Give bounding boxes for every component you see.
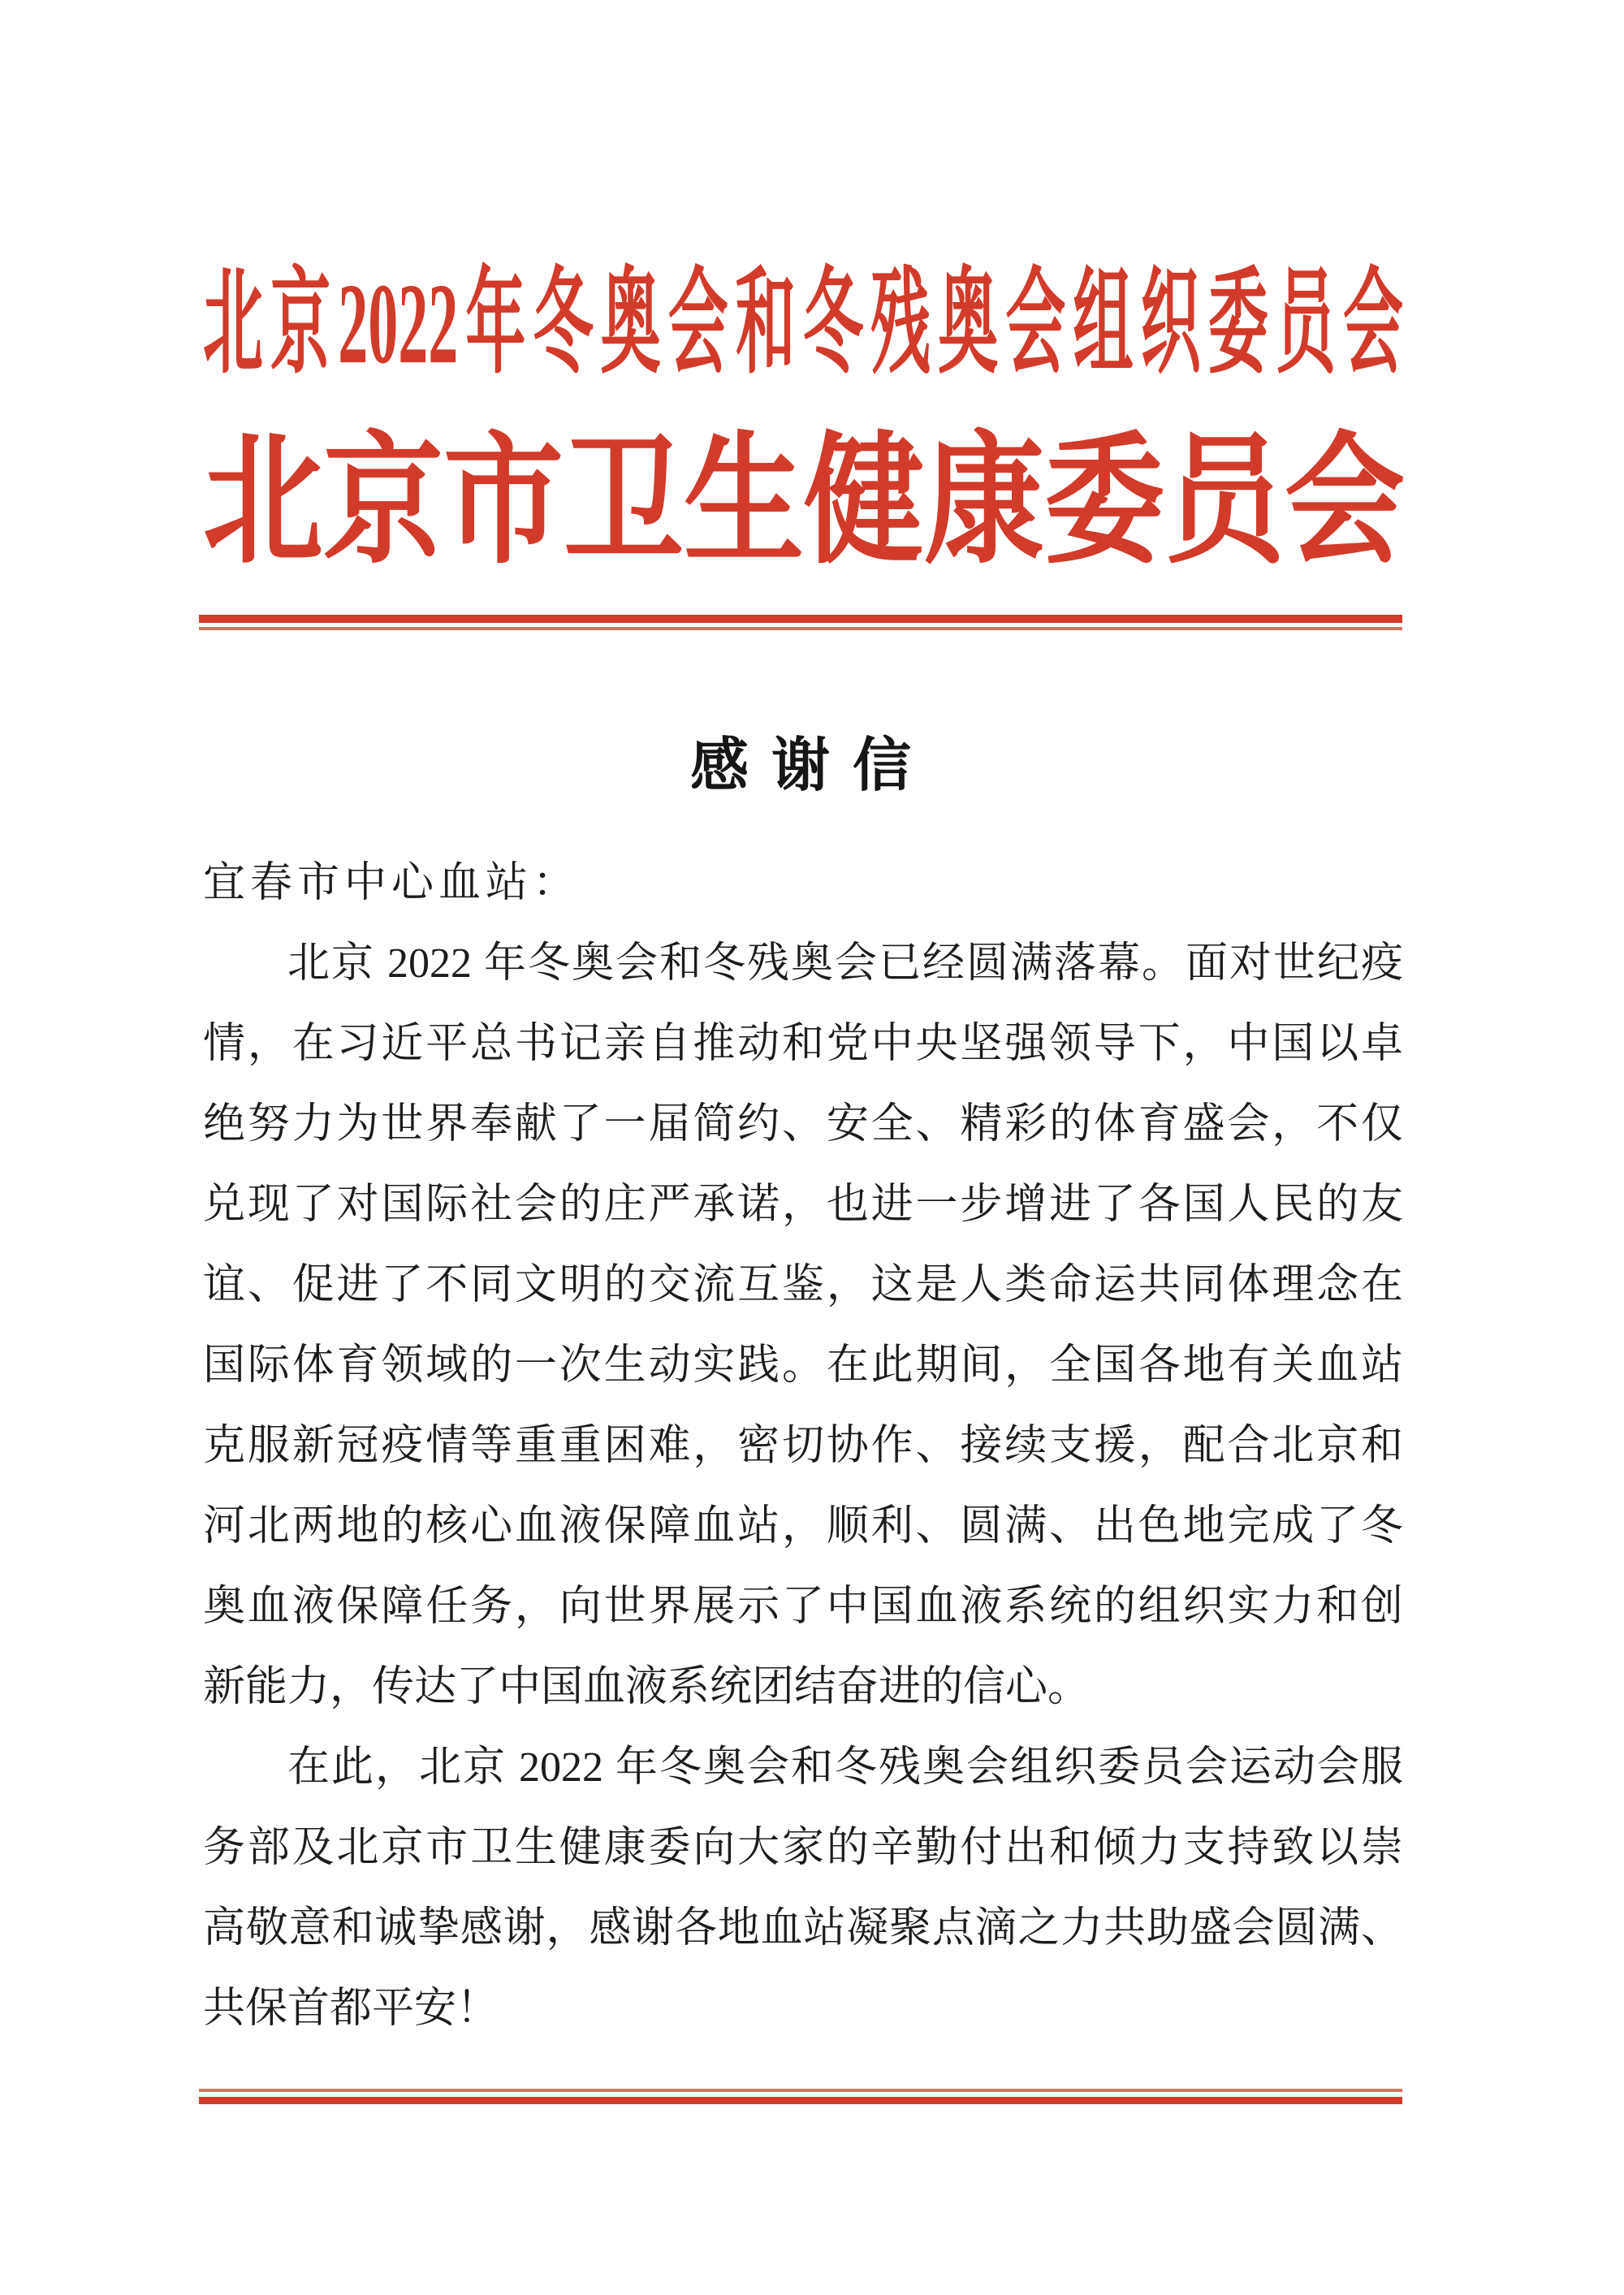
letterhead-char: 冬 bbox=[533, 267, 594, 382]
letterhead-char: 北 bbox=[203, 432, 323, 574]
letterhead-char: 康 bbox=[924, 432, 1044, 574]
letterhead-char: 员 bbox=[1164, 432, 1285, 574]
letterhead-char: 残 bbox=[870, 267, 931, 382]
letterhead-char: 奥 bbox=[601, 267, 661, 382]
body-line: 绝努力为世界奉献了一届简约、安全、精彩的体育盛会，不仅 bbox=[203, 1084, 1403, 1165]
letterhead-char: 生 bbox=[684, 432, 804, 574]
body-line: 情，在习近平总书记亲自推动和党中央坚强领导下，中国以卓 bbox=[203, 1004, 1403, 1084]
body-line: 谊、促进了不同文明的交流互鉴，这是人类命运共同体理念在 bbox=[203, 1245, 1403, 1325]
letterhead-char: 会 bbox=[668, 267, 728, 382]
letterhead-char: 冬 bbox=[803, 267, 863, 382]
letter-paragraphs: 北京 2022 年冬奥会和冬残奥会已经圆满落幕。面对世纪疫情，在习近平总书记亲自… bbox=[203, 923, 1403, 2049]
letterhead-char: 会 bbox=[1343, 267, 1403, 382]
letter-title: 感谢信 bbox=[0, 729, 1624, 802]
letterhead-char: 京 bbox=[323, 432, 443, 574]
body-line: 共保首都平安！ bbox=[203, 1969, 1403, 2049]
letterhead-char: 会 bbox=[1005, 267, 1065, 382]
letterhead-char: 2022 bbox=[338, 267, 458, 382]
letterhead-char: 员 bbox=[1276, 267, 1336, 382]
body-line: 务部及北京市卫生健康委向大家的辛勤付出和倾力支持致以崇 bbox=[203, 1808, 1403, 1888]
letterhead-char: 市 bbox=[443, 432, 564, 574]
body-line: 兑现了对国际社会的庄严承诺，也进一步增进了各国人民的友 bbox=[203, 1165, 1403, 1245]
letterhead-rule-thick bbox=[199, 615, 1402, 623]
letterhead-org-line-2: 北京市卫生健康委员会 bbox=[203, 432, 1403, 574]
letterhead-char: 卫 bbox=[564, 432, 684, 574]
letterhead-char: 委 bbox=[1208, 267, 1268, 382]
letterhead-char: 和 bbox=[736, 267, 796, 382]
letter-body: 宜春市中心血站： 北京 2022 年冬奥会和冬残奥会已经圆满落幕。面对世纪疫情，… bbox=[203, 843, 1403, 2049]
letterhead-org-line-1: 北京2022年冬奥会和冬残奥会组织委员会 bbox=[203, 267, 1403, 382]
letterhead-char: 织 bbox=[1141, 267, 1201, 382]
body-line: 克服新冠疫情等重重困难，密切协作、接续支援，配合北京和 bbox=[203, 1406, 1403, 1486]
body-line: 北京 2022 年冬奥会和冬残奥会已经圆满落幕。面对世纪疫 bbox=[203, 923, 1403, 1004]
letterhead-char: 委 bbox=[1044, 432, 1164, 574]
body-line: 奥血液保障任务，向世界展示了中国血液系统的组织实力和创 bbox=[203, 1567, 1403, 1647]
letterhead-char: 京 bbox=[270, 267, 330, 382]
salutation: 宜春市中心血站： bbox=[203, 843, 1403, 923]
letterhead-char: 健 bbox=[804, 432, 924, 574]
letterhead-char: 北 bbox=[203, 267, 263, 382]
footer-rule-thin bbox=[199, 2089, 1402, 2092]
body-line: 在此，北京 2022 年冬奥会和冬残奥会组织委员会运动会服 bbox=[203, 1727, 1403, 1808]
letterhead-char: 会 bbox=[1285, 432, 1405, 574]
footer-rule-thick bbox=[199, 2097, 1402, 2104]
letterhead-char: 奥 bbox=[938, 267, 998, 382]
body-line: 高敬意和诚挚感谢，感谢各地血站凝聚点滴之力共助盛会圆满、 bbox=[203, 1888, 1403, 1969]
body-line: 新能力，传达了中国血液系统团结奋进的信心。 bbox=[203, 1647, 1403, 1727]
body-line: 国际体育领域的一次生动实践。在此期间，全国各地有关血站 bbox=[203, 1325, 1403, 1406]
scanned-letter-page: 北京2022年冬奥会和冬残奥会组织委员会 北京市卫生健康委员会 感谢信 宜春市中… bbox=[0, 0, 1624, 2295]
letterhead-char: 组 bbox=[1073, 267, 1134, 382]
letterhead-char: 年 bbox=[465, 267, 525, 382]
body-line: 河北两地的核心血液保障血站，顺利、圆满、出色地完成了冬 bbox=[203, 1486, 1403, 1567]
letterhead-rule-thin bbox=[199, 627, 1402, 630]
